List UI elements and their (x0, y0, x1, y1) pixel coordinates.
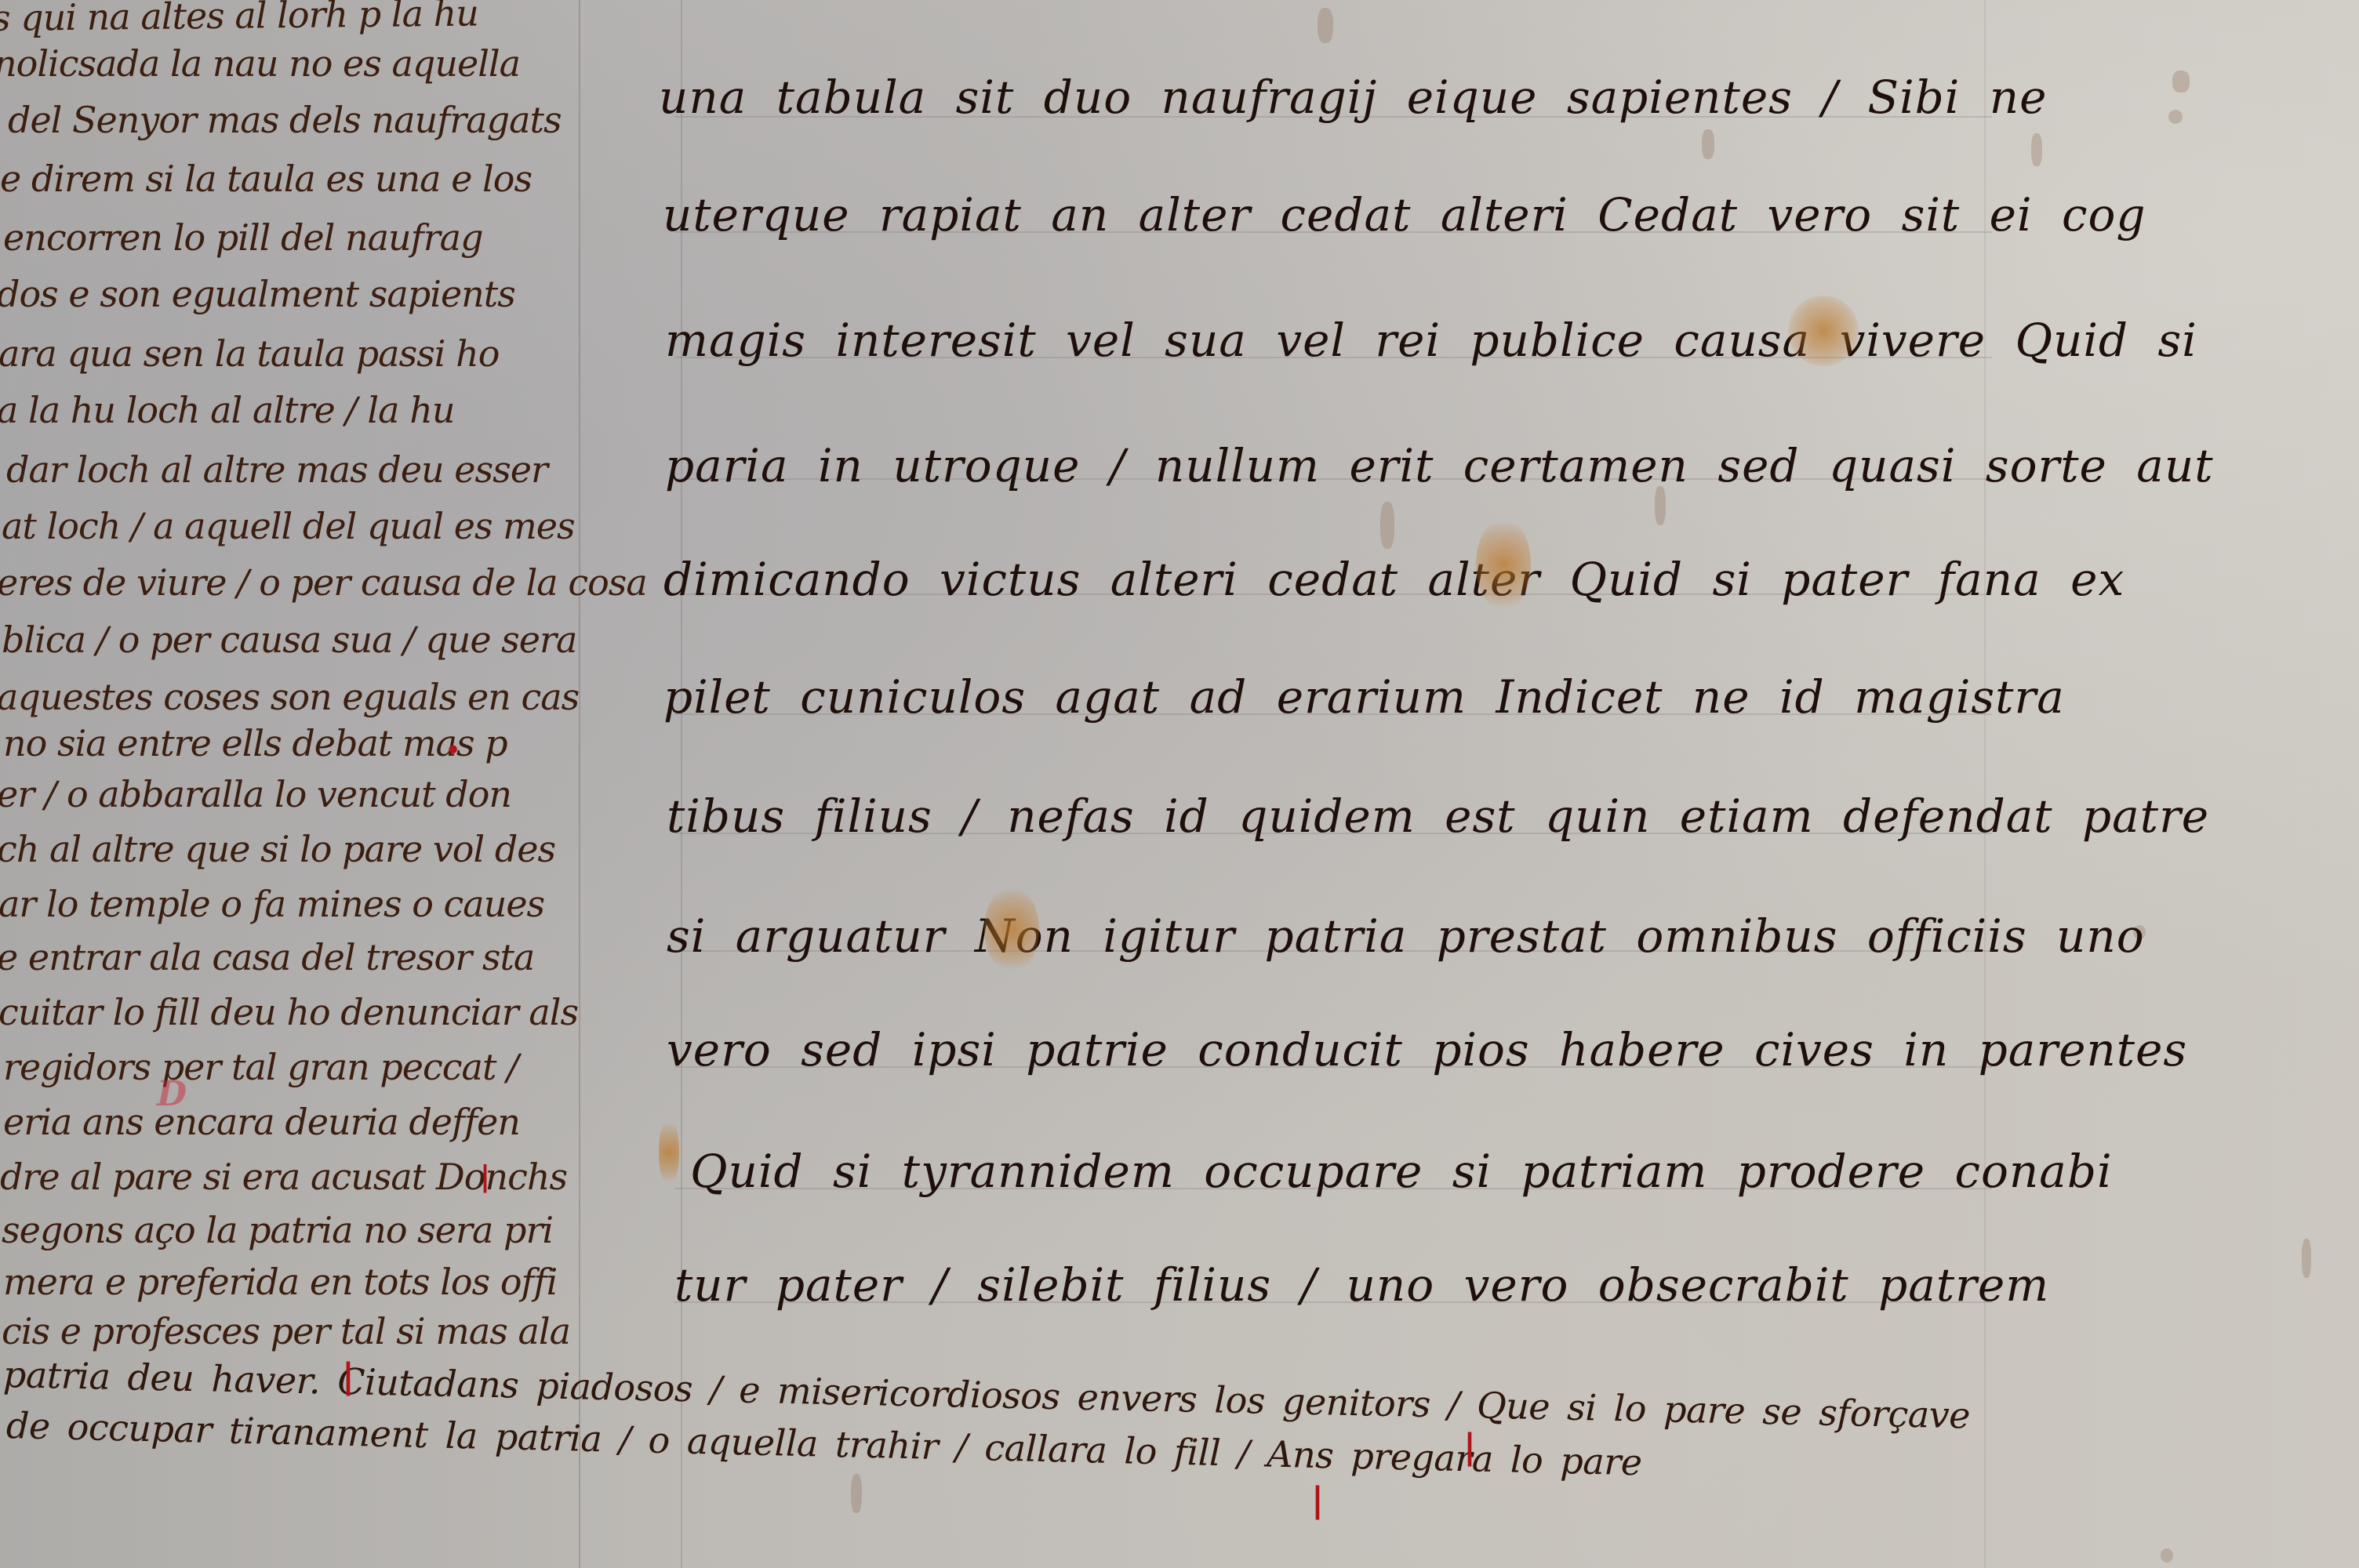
gloss-line: cuitar lo fill deu ho denunciar als (0, 994, 578, 1030)
rubric-mark: | (480, 1160, 490, 1193)
gloss-line: e direm si la taula es una e los (0, 161, 532, 197)
gloss-line: cis e profesces per tal si mas ala (2, 1313, 570, 1349)
main-text-line: paria in utroque / nullum erit certamen … (665, 443, 2214, 488)
rubric-mark: • (445, 737, 460, 764)
main-text-line: vero sed ipsi patrie conducit pios haber… (667, 1027, 2187, 1073)
gloss-line: blica / o per causa sua / que sera (2, 622, 576, 658)
gloss-line: del Senyor mas dels naufragats (8, 102, 562, 138)
gloss-line: regidors per tal gran peccat / (3, 1049, 518, 1085)
margin-ruling-left (579, 0, 580, 1568)
gloss-line: encorren lo pill del naufrag (3, 220, 483, 256)
gloss-line: s qui na altes al lorh p la hu (0, 0, 478, 36)
main-text-line: si arguatur Non igitur patria prestat om… (667, 913, 2145, 959)
gloss-line: dos e son egualment sapients (0, 276, 515, 312)
main-text-line: tibus filius / nefas id quidem est quin … (667, 793, 2209, 839)
gloss-line: ara qua sen la taula passi ho (0, 336, 499, 372)
main-text-line: pilet cuniculos agat ad erarium Indicet … (663, 674, 2065, 720)
gloss-line: at loch / a aquell del qual es mes (2, 508, 575, 544)
main-text-line: dimicando victus alteri cedat alter Quid… (663, 557, 2125, 602)
gloss-line: ch al altre que si lo pare vol des (0, 831, 555, 867)
gloss-line: aquestes coses son eguals en cas (0, 679, 579, 715)
gloss-line: no sia entre ells debat mas p (3, 725, 507, 761)
main-text-line: tur pater / silebit filius / uno vero ob… (674, 1262, 2049, 1308)
gloss-line: e entrar ala casa del tresor sta (0, 939, 534, 975)
rubric-mark: | (1311, 1480, 1324, 1520)
gloss-line: dar loch al altre mas deu esser (6, 452, 547, 488)
gloss-line: eria ans encara deuria deffen (3, 1104, 520, 1140)
rubric-mark: | (1463, 1427, 1476, 1467)
gloss-line: eres de viure / o per causa de la cosa (0, 564, 647, 601)
gloss-line: mera e preferida en tots los offi (3, 1264, 557, 1300)
rubric-mark: | (342, 1356, 354, 1396)
main-text-line: uterque rapiat an alter cedat alteri Ced… (663, 192, 2146, 238)
rubric-mark: D (157, 1074, 187, 1114)
main-text-line: magis interesit vel sua vel rei publice … (665, 318, 2197, 363)
gloss-line: nolicsada la nau no es aquella (0, 45, 520, 82)
gloss-line: er / o abbaralla lo vencut don (0, 776, 511, 812)
gloss-line: ar lo temple o fa mines o caues (0, 886, 544, 922)
main-text-line: Quid si tyrannidem occupare si patriam p… (690, 1149, 2113, 1194)
gloss-line: segons aço la patria no sera pri (2, 1212, 553, 1248)
gloss-line: a la hu loch al altre / la hu (0, 392, 454, 428)
main-text-line: una tabula sit duo naufragij eique sapie… (659, 74, 2047, 120)
